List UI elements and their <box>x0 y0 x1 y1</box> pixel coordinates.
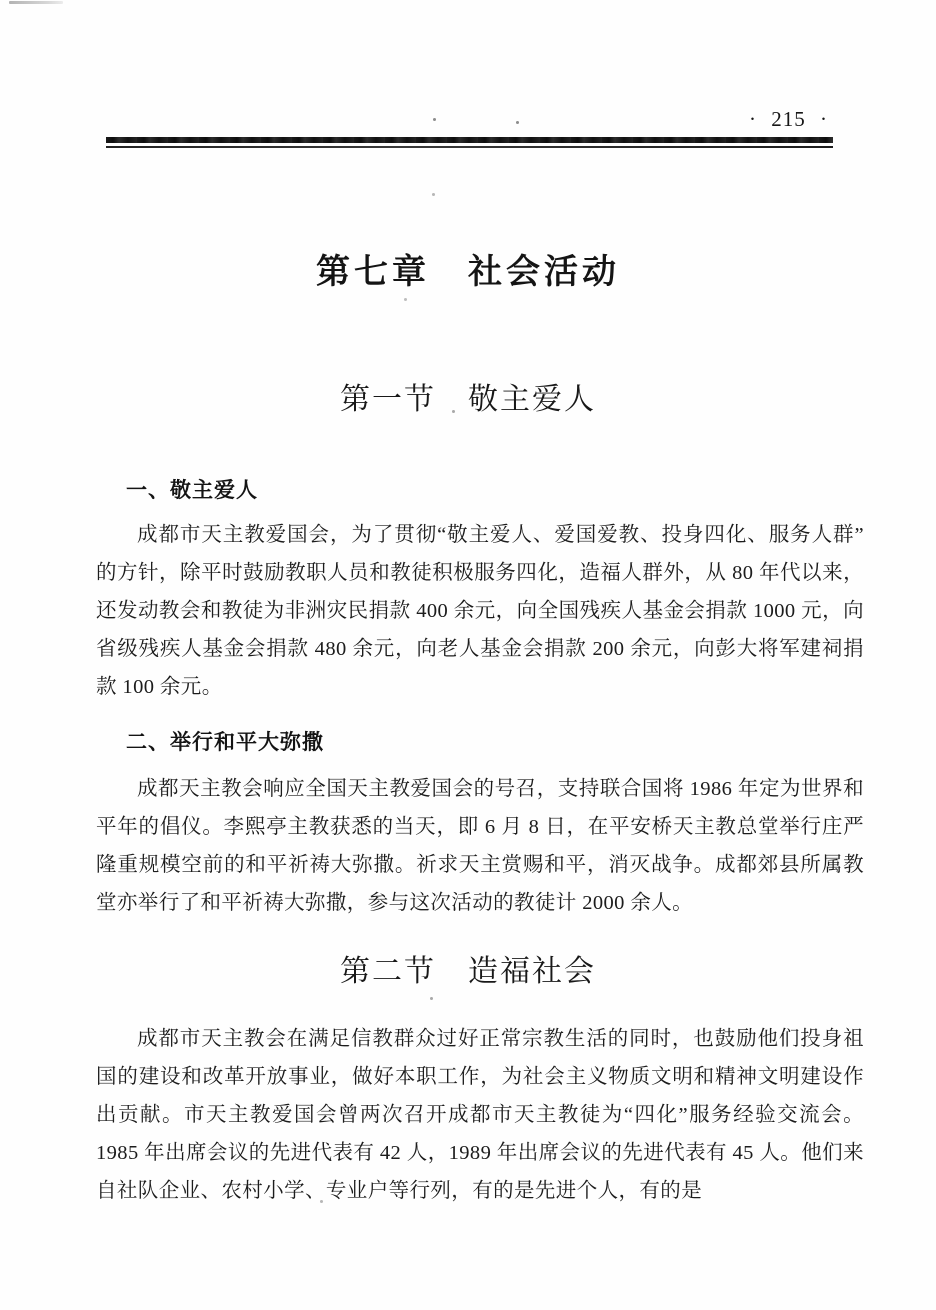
subsection-heading-1: 一、敬主爱人 <box>96 474 894 504</box>
subsection-heading-2: 二、举行和平大弥撒 <box>96 726 894 756</box>
header-rule-thin <box>106 146 833 148</box>
paragraph-benefit-society: 成都市天主教会在满足信教群众过好正常宗教生活的同时，也鼓励他们投身祖国的建设和改… <box>96 1020 864 1210</box>
page-number: · 215 · <box>106 107 828 132</box>
section-title-1: 第一节 敬主爱人 <box>0 374 936 418</box>
paragraph-peace-mass: 成都天主教会响应全国天主教爱国会的号召，支持联合国将 1986 年定为世界和平年… <box>96 770 864 922</box>
scan-speck <box>432 193 435 196</box>
scanned-book-page: · 215 · 第七章 社会活动 第一节 敬主爱人 一、敬主爱人 成都市天主教爱… <box>0 0 936 1310</box>
scan-speck <box>404 298 407 301</box>
header-rule-thick <box>106 137 833 143</box>
paragraph-devotion: 成都市天主教爱国会，为了贯彻“敬主爱人、爱国爱教、投身四化、服务人群”的方针，除… <box>96 516 864 706</box>
scan-speck <box>516 121 519 124</box>
header-rule <box>106 137 833 148</box>
scan-artifact-line <box>9 1 63 4</box>
section-title-2: 第二节 造福社会 <box>0 946 936 990</box>
chapter-title: 第七章 社会活动 <box>0 244 936 293</box>
scan-speck <box>320 1200 323 1203</box>
scan-speck <box>433 118 436 121</box>
scan-speck <box>452 410 455 413</box>
scan-speck <box>430 997 433 1000</box>
